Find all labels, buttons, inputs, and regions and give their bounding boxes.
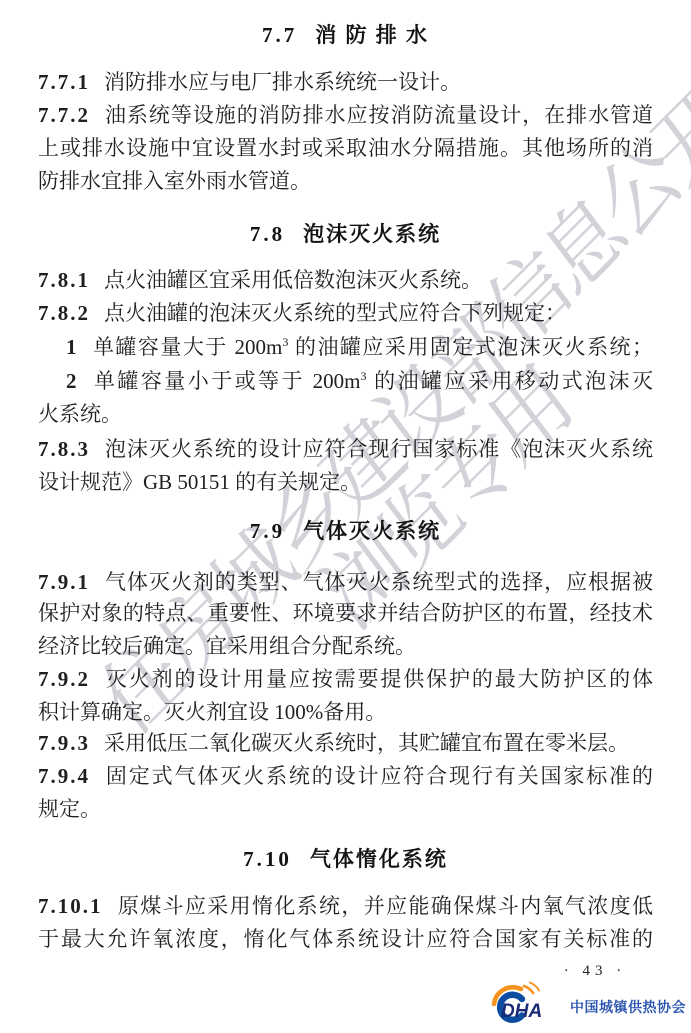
clause-7-9-4-line-1: 7.9.4固定式气体灭火系统的设计应符合现行有关国家标准的	[38, 764, 653, 789]
clause-7-9-2-line-2: 积计算确定。灭火剂宜设 100%备用。	[38, 700, 653, 725]
logo-acronym: DHA	[501, 1001, 542, 1022]
section-heading-7-10: 7.10气体惰化系统	[0, 847, 691, 872]
clause-7-7-2-line-1: 7.7.2油系统等设施的消防排水应按消防流量设计，在排水管道	[38, 103, 653, 128]
clause-text: 泡沫灭火系统的设计应符合现行国家标准《泡沫灭火系统	[104, 437, 653, 461]
clause-text: 灭火剂的设计用量应按需要提供保护的最大防护区的体	[104, 667, 653, 691]
clause-label: 7.9.2	[38, 667, 90, 691]
item-number: 2	[66, 369, 77, 393]
clause-7-8-2-line-1: 7.8.2点火油罐的泡沫灭火系统的型式应符合下列规定：	[38, 301, 653, 326]
page-number: · 43 ·	[540, 963, 650, 980]
section-heading-7-9: 7.9气体灭火系统	[0, 519, 691, 544]
clause-text: 固定式气体灭火系统的设计应符合现行有关国家标准的	[104, 764, 653, 788]
clause-text: 点火油罐的泡沫灭火系统的型式应符合下列规定：	[104, 301, 566, 325]
clause-7-8-1-line-1: 7.8.1点火油罐区宜采用低倍数泡沫灭火系统。	[38, 268, 653, 293]
section-heading-7-8: 7.8泡沫灭火系统	[0, 222, 691, 247]
clause-7-8-3-line-1: 7.8.3泡沫灭火系统的设计应符合现行国家标准《泡沫灭火系统	[38, 437, 653, 462]
clause-7-9-2-line-1: 7.9.2灭火剂的设计用量应按需要提供保护的最大防护区的体	[38, 667, 653, 692]
clause-label: 7.9.4	[38, 764, 90, 788]
clause-label: 7.7.1	[38, 70, 90, 94]
clause-text: 采用低压二氧化碳灭火系统时，其贮罐宜布置在零米层。	[104, 731, 629, 755]
document-page: 住房城乡建设部信息公开 浏览专用 7.7消 防 排 水 7.7.1消防排水应与电…	[0, 0, 691, 1033]
clause-label: 7.9.1	[38, 570, 90, 594]
section-number: 7.9	[250, 519, 285, 543]
clause-label: 7.8.3	[38, 437, 90, 461]
clause-7-9-4-line-2: 规定。	[38, 797, 653, 822]
section-number: 7.8	[250, 222, 285, 246]
list-item-2-continuation: 火系统。	[38, 402, 653, 427]
clause-7-9-1-line-2: 保护对象的特点、重要性、环境要求并结合防护区的布置，经技术	[38, 601, 653, 626]
clause-label: 7.9.3	[38, 731, 90, 755]
item-text: 的油罐应采用固定式泡沫灭火系统；	[288, 335, 653, 359]
clause-7-7-2-line-3: 防排水宜排入室外雨水管道。	[38, 169, 653, 194]
clause-7-10-1-line-1: 7.10.1原煤斗应采用惰化系统，并应能确保煤斗内氧气浓度低	[38, 894, 653, 919]
clause-7-9-1-line-3: 经济比较后确定。宜采用组合分配系统。	[38, 634, 653, 659]
clause-label: 7.10.1	[38, 894, 103, 918]
item-number: 1	[66, 335, 77, 359]
section-number: 7.10	[243, 847, 292, 871]
section-title: 泡沫灭火系统	[303, 222, 441, 246]
clause-7-9-1-line-1: 7.9.1气体灭火剂的类型、气体灭火系统型式的选择，应根据被	[38, 570, 653, 595]
clause-text: 气体灭火剂的类型、气体灭火系统型式的选择，应根据被	[104, 570, 653, 594]
clause-label: 7.8.2	[38, 301, 90, 325]
cdha-logo-icon: DHA	[486, 981, 564, 1023]
section-number: 7.7	[262, 23, 297, 47]
clause-7-10-1-line-2: 于最大允许氧浓度，惰化气体系统设计应符合国家有关标准的	[38, 927, 653, 952]
list-item-2: 2单罐容量小于或等于 200m3 的油罐应采用移动式泡沫灭	[38, 369, 653, 394]
clause-7-8-3-line-2: 设计规范》GB 50151 的有关规定。	[38, 470, 653, 495]
section-title: 消 防 排 水	[315, 23, 429, 47]
logo-org-name: 中国城镇供热协会	[570, 987, 686, 1017]
clause-7-9-3-line-1: 7.9.3采用低压二氧化碳灭火系统时，其贮罐宜布置在零米层。	[38, 731, 653, 756]
clause-text: 点火油罐区宜采用低倍数泡沫灭火系统。	[104, 268, 482, 292]
section-title: 气体惰化系统	[310, 847, 448, 871]
clause-7-7-1-line-1: 7.7.1消防排水应与电厂排水系统统一设计。	[38, 70, 653, 95]
item-text: 单罐容量小于或等于 200m	[92, 369, 361, 393]
item-text: 单罐容量大于 200m	[92, 335, 283, 359]
list-item-1: 1单罐容量大于 200m3 的油罐应采用固定式泡沫灭火系统；	[38, 335, 653, 360]
item-text: 的油罐应采用移动式泡沫灭	[366, 369, 653, 393]
clause-7-7-2-line-2: 上或排水设施中宜设置水封或采取油水分隔措施。其他场所的消	[38, 136, 653, 161]
section-heading-7-7: 7.7消 防 排 水	[0, 23, 691, 48]
clause-label: 7.8.1	[38, 268, 90, 292]
association-logo: DHA 中国城镇供热协会	[486, 981, 686, 1023]
clause-text: 消防排水应与电厂排水系统统一设计。	[104, 70, 461, 94]
section-title: 气体灭火系统	[303, 519, 441, 543]
clause-text: 原煤斗应采用惰化系统，并应能确保煤斗内氧气浓度低	[117, 894, 654, 918]
clause-text: 油系统等设施的消防排水应按消防流量设计，在排水管道	[104, 103, 653, 127]
clause-label: 7.7.2	[38, 103, 90, 127]
